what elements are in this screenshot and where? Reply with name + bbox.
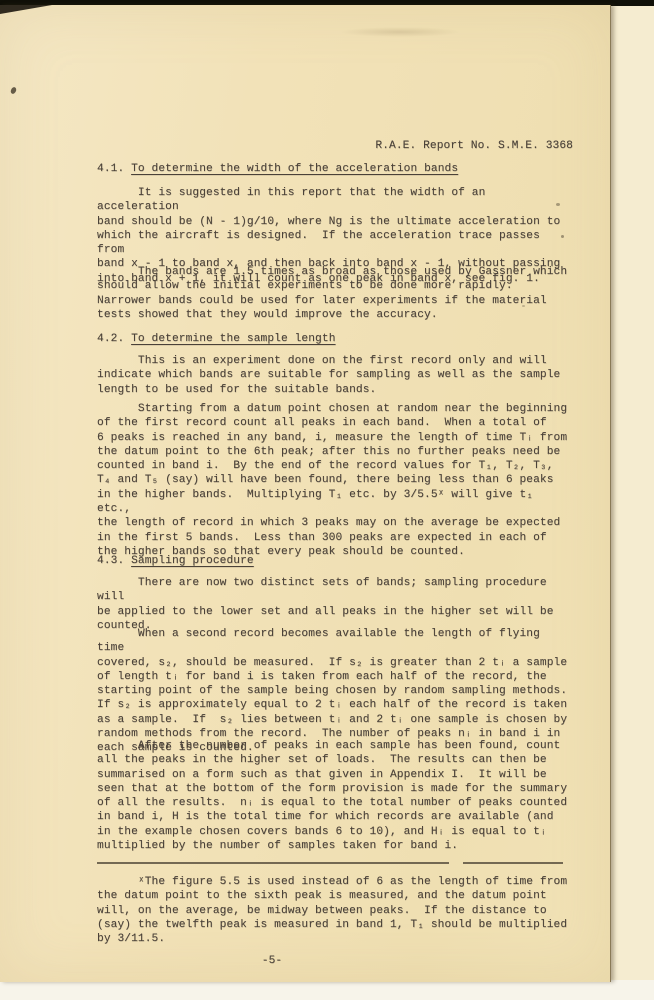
page-number: -5-	[232, 954, 312, 968]
paper-speck	[10, 86, 17, 94]
paragraph: When a second record becomes available t…	[97, 627, 573, 756]
section-title: To determine the width of the accelerati…	[131, 163, 458, 175]
footnote-separator	[97, 862, 567, 864]
section-number: 4.1.	[97, 163, 124, 175]
section-heading-4-2: 4.2. To determine the sample length	[97, 332, 573, 346]
footnote-rule-segment	[97, 862, 449, 864]
footnote-rule-segment	[463, 862, 563, 864]
section-heading-4-3: 4.3. Sampling procedure	[97, 554, 573, 568]
section-heading-4-1: 4.1. To determine the width of the accel…	[97, 162, 573, 176]
paragraph: After the number of peaks in each sample…	[97, 739, 573, 853]
backing-sheet-bottom	[0, 980, 654, 1000]
section-number: 4.2.	[97, 333, 124, 345]
section-number: 4.3.	[97, 555, 124, 567]
paragraph: This is an experiment done on the first …	[97, 354, 573, 397]
footnote-text: ˣThe figure 5.5 is used instead of 6 as …	[97, 875, 573, 946]
section-title: Sampling procedure	[131, 555, 254, 567]
paper-smudge	[340, 27, 460, 37]
paragraph: Starting from a datum point chosen at ra…	[97, 402, 573, 559]
section-title: To determine the sample length	[131, 333, 335, 345]
scanned-page: R.A.E. Report No. S.M.E. 3368 4.1. To de…	[0, 5, 611, 982]
report-reference: R.A.E. Report No. S.M.E. 3368	[97, 139, 573, 153]
paragraph: There are now two distinct sets of bands…	[97, 576, 573, 633]
page-corner-shadow	[0, 5, 52, 14]
paragraph: The bands are 1.5 times as broad as thos…	[97, 265, 573, 322]
